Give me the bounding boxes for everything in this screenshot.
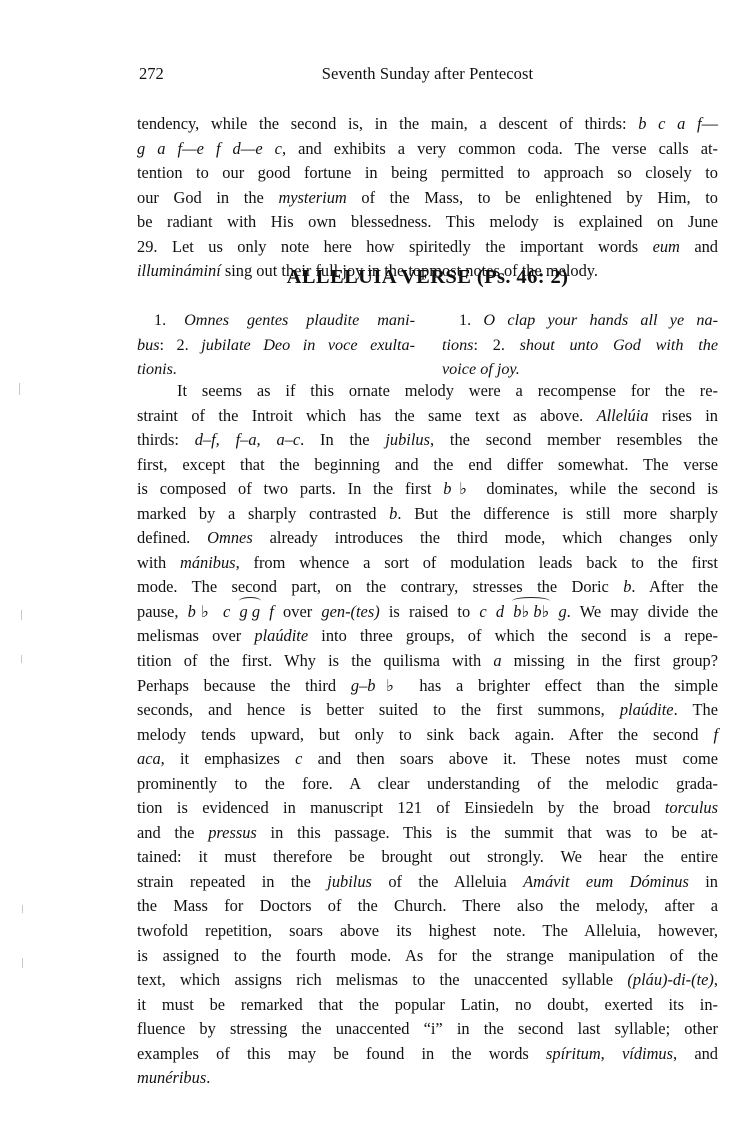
italic-term: mysterium — [278, 188, 346, 207]
italic-term: plaúdite — [254, 626, 308, 645]
text-line: the Mass for Doctors of the Church. Ther… — [137, 894, 718, 919]
text-line: and the pressus in this passage. This is… — [137, 821, 718, 846]
scan-mark — [22, 905, 23, 913]
text-line: thirds: d–f, f–a, a–c. In the jubilus, t… — [137, 428, 718, 453]
psalm-reference: (Ps. 46: 2) — [477, 266, 569, 288]
text-line: defined. Omnes already introduces the th… — [137, 526, 718, 551]
italic-term: aca — [137, 749, 161, 768]
italic-term: c — [295, 749, 302, 768]
italic-term: d–f, f–a, a–c — [195, 430, 300, 449]
text-line: examples of this may be found in the wor… — [137, 1042, 718, 1067]
italic-term: mánibus — [180, 553, 236, 572]
text-line: is composed of two parts. In the first b… — [137, 477, 718, 502]
italic-term: jubilus — [327, 872, 372, 891]
scan-mark — [19, 383, 20, 395]
text-line: tention to our good fortune in being per… — [137, 161, 718, 186]
italic-term: bus — [137, 336, 160, 354]
text-line: seconds, and hence is better suited to t… — [137, 698, 718, 723]
slurred-notes: g g — [240, 600, 261, 625]
italic-term: vídimus — [622, 1044, 673, 1063]
text-line: tition of the first. Why is the quilisma… — [137, 649, 718, 674]
text-line: prominently to the fore. A clear underst… — [137, 772, 718, 797]
italic-term: spíritum — [546, 1044, 601, 1063]
italic-term: munéribus — [137, 1068, 206, 1087]
text-line: 1. Omnes gentes plaudite mani- — [137, 309, 415, 334]
text-line: tions: 2. shout unto God with the — [442, 334, 718, 359]
section-heading: ALLELUIA VERSE (Ps. 46: 2) — [137, 266, 718, 289]
text-line: straint of the Introit which has the sam… — [137, 404, 718, 429]
text-line: tendency, while the second is, in the ma… — [137, 112, 718, 137]
italic-term: f — [260, 602, 274, 621]
italic-term: tionis. — [137, 360, 177, 378]
text-line: 29. Let us only note here how spiritedly… — [137, 235, 718, 260]
text-line: melismas over plaúdite into three groups… — [137, 624, 718, 649]
text-line: bus: 2. jubilate Deo in voce exulta- — [137, 334, 415, 359]
italic-term: g — [549, 602, 566, 621]
text-line: is assigned to the fourth mode. As for t… — [137, 944, 718, 969]
italic-term: b — [389, 504, 397, 523]
italic-term: b — [623, 577, 631, 596]
text-line: with mánibus, from whence a sort of modu… — [137, 551, 718, 576]
running-head: 272 Seventh Sunday after Pentecost — [137, 64, 718, 86]
text-line: g a f—e f d—e c, and exhibits a very com… — [137, 137, 718, 162]
italic-term: voice of joy. — [442, 360, 520, 378]
slurred-notes: b♭ b♭ — [513, 600, 549, 625]
section-title: ALLELUIA VERSE — [287, 266, 472, 288]
italic-term: gen-(tes) — [321, 602, 379, 621]
text-line: be radiant with His own blessedness. Thi… — [137, 210, 718, 235]
scan-mark — [22, 958, 23, 968]
italic-term: Omnes gentes plaudite mani- — [184, 311, 415, 329]
italic-term: f — [713, 725, 718, 744]
text-line: fluence by stressing the unaccented “i” … — [137, 1017, 718, 1042]
text-line: pause, b♭ c g g f over gen-(tes) is rais… — [137, 600, 718, 625]
scan-mark — [21, 655, 22, 663]
text-line: strain repeated in the jubilus of the Al… — [137, 870, 718, 895]
running-title: Seventh Sunday after Pentecost — [137, 64, 718, 84]
italic-term: jubilate Deo in voce exulta- — [201, 336, 415, 354]
italic-term: Omnes — [207, 528, 253, 547]
italic-term: plaúdite — [620, 700, 674, 719]
italic-term: g a f—e f d—e c — [137, 139, 282, 158]
intro-paragraph: tendency, while the second is, in the ma… — [137, 112, 718, 284]
italic-term: pressus — [208, 823, 257, 842]
text-line: text, which assigns rich melismas to the… — [137, 968, 718, 993]
italic-term: b♭ — [443, 479, 474, 498]
text-line: Perhaps because the third g–b♭ has a bri… — [137, 674, 718, 699]
italic-term: (pláu)-di-(te) — [627, 970, 713, 989]
text-line: aca, it emphasizes c and then soars abov… — [137, 747, 718, 772]
text-line: melody tends upward, but only to sink ba… — [137, 723, 718, 748]
text-line: our God in the mysterium of the Mass, to… — [137, 186, 718, 211]
text-line: It seems as if this ornate melody were a… — [137, 379, 718, 404]
text-line: first, except that the beginning and the… — [137, 453, 718, 478]
italic-term: Allelúia — [597, 406, 649, 425]
text-line: tion is evidenced in manuscript 121 of E… — [137, 796, 718, 821]
scan-mark — [21, 610, 22, 620]
italic-term: shout unto God with the — [520, 336, 718, 354]
verse-latin: 1. Omnes gentes plaudite mani-bus: 2. ju… — [137, 309, 415, 383]
text-line: twofold repetition, soars above its high… — [137, 919, 718, 944]
italic-term: jubilus — [385, 430, 430, 449]
italic-term: tions — [442, 336, 473, 354]
italic-term: b♭ c — [188, 602, 240, 621]
italic-term: b c a f — [638, 114, 701, 133]
italic-term: torculus — [665, 798, 718, 817]
text-line: it must be remarked that the popular Lat… — [137, 993, 718, 1018]
text-line: mode. The second part, on the contrary, … — [137, 575, 718, 600]
italic-term: Amávit eum Dóminus — [523, 872, 689, 891]
book-page: 272 Seventh Sunday after Pentecost tende… — [0, 0, 742, 1123]
italic-term: eum — [653, 237, 680, 256]
text-line: marked by a sharply contrasted b. But th… — [137, 502, 718, 527]
paragraph-body: It seems as if this ornate melody were a… — [137, 379, 718, 1091]
text-line: 1. O clap your hands all ye na- — [442, 309, 718, 334]
italic-term: a — [493, 651, 501, 670]
text-line: tained: it must therefore be brought out… — [137, 845, 718, 870]
italic-term: c d — [479, 602, 513, 621]
paragraph-body: tendency, while the second is, in the ma… — [137, 112, 718, 284]
commentary-paragraph: It seems as if this ornate melody were a… — [137, 379, 718, 1091]
italic-term: g–b♭ — [351, 676, 405, 695]
text-line: munéribus. — [137, 1066, 718, 1091]
italic-term: O clap your hands all ye na- — [483, 311, 718, 329]
verse-english: 1. O clap your hands all ye na-tions: 2.… — [442, 309, 718, 383]
